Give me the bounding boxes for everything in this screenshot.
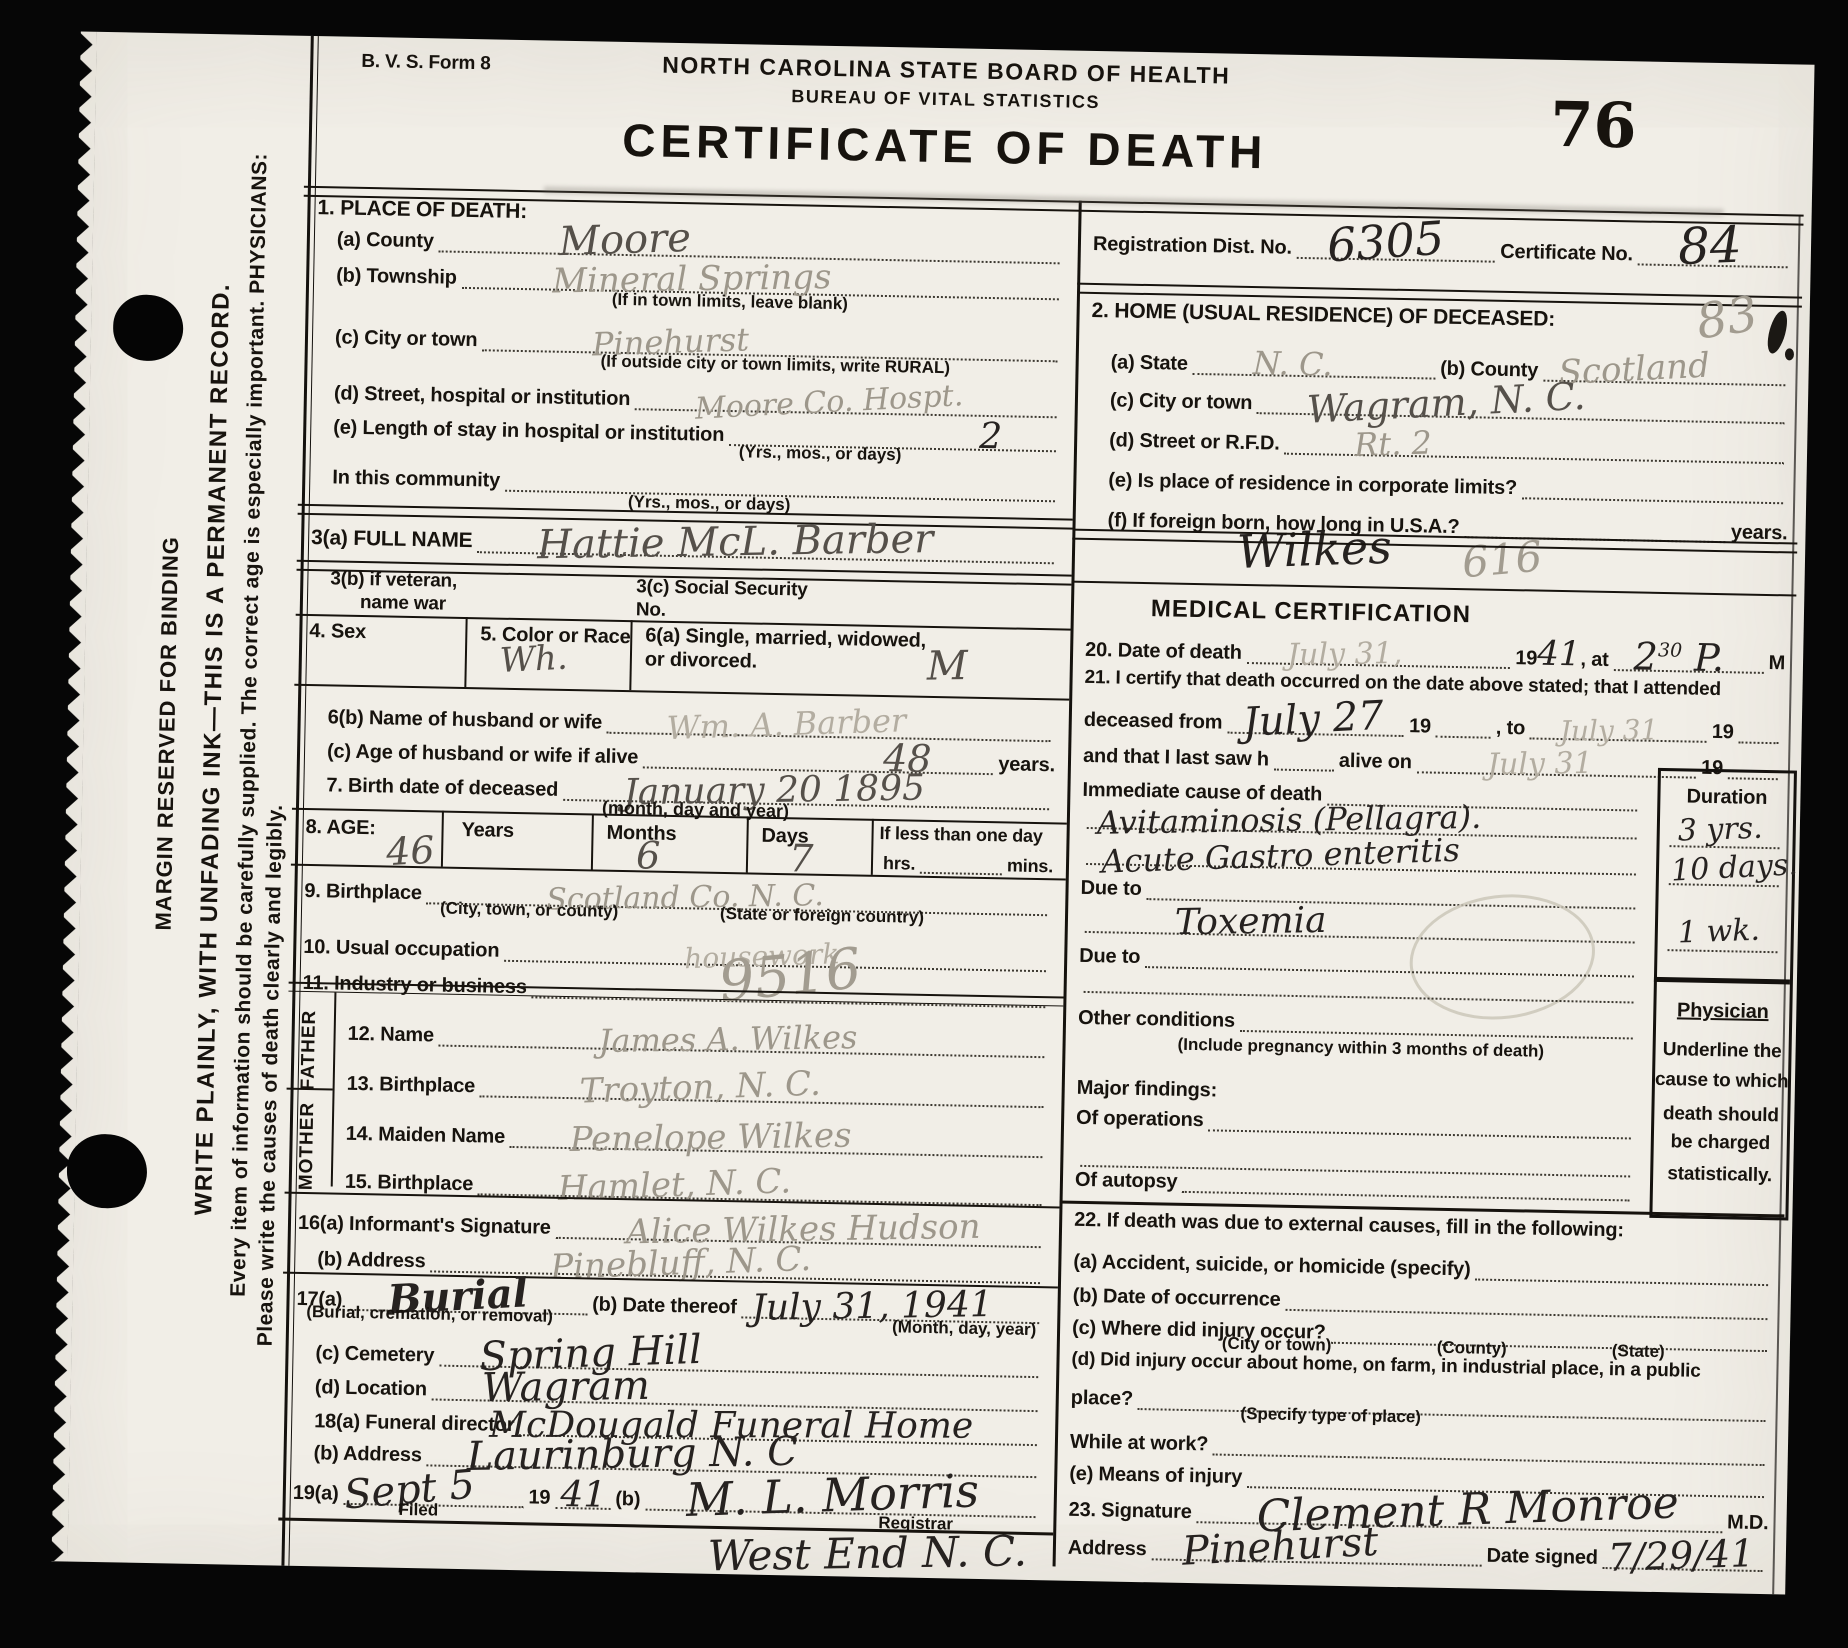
marital-label-2: or divorced. bbox=[645, 648, 757, 673]
operations-label: Of operations bbox=[1076, 1106, 1204, 1131]
street-label: (d) Street, hospital or institution bbox=[334, 382, 631, 410]
home-pencil-number: 83 bbox=[1694, 293, 1761, 345]
alive-on-faint: July 31 bbox=[1487, 750, 1593, 779]
ssn-label-2: No. bbox=[636, 599, 666, 621]
date-signed-value: 7/29/41 bbox=[1607, 1536, 1755, 1575]
scan-background: { "colors": {"background":"#060606","pap… bbox=[0, 0, 1848, 1648]
external-e-label: (e) Means of injury bbox=[1069, 1462, 1242, 1488]
physician-note-4: be charged bbox=[1654, 1131, 1787, 1155]
sex-label: 4. Sex bbox=[309, 620, 366, 643]
certifier-signature-row: 23. Signature Clement R Monroe M.D. bbox=[1068, 1489, 1768, 1534]
sex-race-divider bbox=[464, 617, 467, 687]
home-state-line: N. C. bbox=[1193, 369, 1436, 380]
community-label: In this community bbox=[332, 466, 500, 492]
physician-note-1: Underline the bbox=[1655, 1039, 1788, 1063]
veteran-label-2: name war bbox=[360, 592, 446, 615]
home-street-value: Rt. 2 bbox=[1354, 429, 1433, 460]
father-birthplace-label: 13. Birthplace bbox=[346, 1072, 475, 1097]
home-street-label: (d) Street or R.F.D. bbox=[1109, 429, 1280, 455]
certifier-address-line: Pinehurst bbox=[1151, 1554, 1481, 1566]
burial-type-note: (Burial, cremation, or removal) bbox=[306, 1302, 553, 1327]
occupation-label: 10. Usual occupation bbox=[303, 936, 499, 962]
age-months-value: 6 bbox=[636, 838, 661, 873]
registration-dist-line: 6305 bbox=[1297, 253, 1496, 263]
father-birthplace-row: 13. Birthplace Troyton, N. C. bbox=[346, 1063, 1048, 1108]
age-less-label: If less than one day bbox=[879, 823, 1042, 846]
death-date-faint: July 31, bbox=[1287, 640, 1403, 669]
home-state-label: (a) State bbox=[1110, 351, 1188, 375]
attended-year19b-line bbox=[1738, 737, 1778, 744]
age-hrs-line bbox=[920, 868, 1002, 876]
home-street-line: Rt. 2 bbox=[1284, 449, 1784, 465]
race-value: Wh. bbox=[499, 643, 568, 677]
operations-row: Of operations bbox=[1076, 1097, 1637, 1140]
certificate-form: B. V. S. Form 8 NORTH CAROLINA STATE BOA… bbox=[277, 36, 1806, 1595]
alive-on-label: alive on bbox=[1339, 749, 1412, 773]
death-time-m-label: M bbox=[1768, 652, 1785, 675]
age-divider-2 bbox=[591, 813, 594, 869]
director-address-value: Laurinburg N. C bbox=[467, 1434, 799, 1475]
page-title: CERTIFICATE OF DEATH bbox=[444, 111, 1445, 182]
certify-line: 21. I certify that death occurred on the… bbox=[1084, 667, 1721, 700]
death-date-line: July 31, bbox=[1247, 658, 1511, 669]
death-date-year-value: 41 bbox=[1537, 639, 1581, 670]
home-street-row: (d) Street or R.F.D. Rt. 2 bbox=[1109, 419, 1789, 464]
certificate-paper: MARGIN RESERVED FOR BINDING WRITE PLAINL… bbox=[51, 31, 1814, 1594]
certificate-no-line: 84 bbox=[1638, 259, 1788, 268]
registration-dist-value: 6305 bbox=[1326, 217, 1446, 266]
home-city-value: Wagram, N. C. bbox=[1307, 379, 1587, 427]
other-conditions-label: Other conditions bbox=[1078, 1006, 1235, 1031]
external-c-line bbox=[1330, 1338, 1767, 1352]
informant-address-label: (b) Address bbox=[317, 1248, 426, 1272]
burial-date-note: (Month, day, year) bbox=[892, 1317, 1037, 1340]
attended-year19a-line bbox=[1436, 732, 1491, 739]
last-saw-gap-line bbox=[1274, 765, 1334, 772]
duration-line-3 bbox=[1667, 947, 1777, 953]
external-d-label-2: place? bbox=[1071, 1386, 1134, 1410]
due1-value: Toxemia bbox=[1175, 905, 1327, 940]
last-saw-label: and that I last saw h bbox=[1083, 744, 1269, 770]
father-name-line: James A. Wilkes bbox=[439, 1041, 1045, 1059]
death-time-value: 230 P. bbox=[1633, 639, 1724, 675]
director-address-label: (b) Address bbox=[313, 1442, 422, 1466]
margin-note-binding: MARGIN RESERVED FOR BINDING bbox=[151, 536, 185, 931]
location-label: (d) Location bbox=[315, 1376, 427, 1401]
birthplace-note-1: (City, town, or county) bbox=[440, 899, 619, 922]
physician-note-2: cause to which bbox=[1655, 1069, 1788, 1093]
spouse-label: 6(b) Name of husband or wife bbox=[328, 706, 603, 734]
home-state-value: N. C. bbox=[1253, 349, 1333, 379]
certificate-no-label: Certificate No. bbox=[1500, 240, 1633, 265]
death-time-ampm: P. bbox=[1694, 635, 1725, 680]
autopsy-line bbox=[1182, 1187, 1630, 1202]
full-name-label: 3(a) FULL NAME bbox=[311, 526, 473, 553]
spouse-age-label: (c) Age of husband or wife if alive bbox=[327, 740, 639, 768]
registrar-line: M. L. Morris bbox=[645, 1505, 1036, 1518]
stay-note: (Yrs., mos., or days) bbox=[739, 442, 902, 465]
home-city-label: (c) City or town bbox=[1110, 389, 1253, 414]
burial-date-label: (b) Date thereof bbox=[592, 1293, 737, 1318]
marital-value: M bbox=[927, 648, 969, 685]
birth-date-label: 7. Birth date of deceased bbox=[326, 774, 558, 801]
registrar-place: West End N. C. bbox=[707, 1532, 1027, 1575]
marital-label-1: 6(a) Single, married, widowed, bbox=[645, 624, 926, 652]
death-time-hour: 2 bbox=[1633, 634, 1658, 678]
filed-year-value: 41 bbox=[560, 1479, 606, 1512]
certificate-no-value: 84 bbox=[1677, 223, 1742, 270]
home-corporate-line bbox=[1522, 493, 1783, 504]
punch-hole-top bbox=[113, 294, 184, 361]
header-block: NORTH CAROLINA STATE BOARD OF HEALTH BUR… bbox=[444, 49, 1446, 183]
age-years-value: 46 bbox=[385, 833, 435, 870]
home-corporate-row: (e) Is place of residence in corporate l… bbox=[1108, 459, 1788, 504]
attended-year19b: 19 bbox=[1712, 721, 1734, 744]
mother-side-label: MOTHER bbox=[296, 1102, 320, 1191]
birthplace-note-2: (State or foreign country) bbox=[720, 904, 924, 928]
attended-year19a: 19 bbox=[1409, 715, 1431, 738]
attended-to-label: , to bbox=[1496, 716, 1526, 739]
stay-value: 2 bbox=[979, 420, 1003, 453]
external-title: 22. If death was due to external causes,… bbox=[1074, 1209, 1624, 1242]
age-years-label: Years bbox=[461, 819, 514, 842]
attended-from-label: deceased from bbox=[1084, 708, 1223, 733]
punch-hole-bottom bbox=[66, 1133, 147, 1209]
date-signed-line: 7/29/41 bbox=[1603, 1563, 1763, 1572]
external-work-label: While at work? bbox=[1070, 1430, 1209, 1455]
certifier-address-row: Address Pinehurst Date signed 7/29/41 bbox=[1068, 1527, 1768, 1572]
duration-physician-divider bbox=[1654, 977, 1790, 985]
mother-maiden-value: Penelope Wilkes bbox=[570, 1121, 852, 1156]
margin-note-permanent: WRITE PLAINLY, WITH UNFADING INK—THIS IS… bbox=[190, 283, 236, 1216]
father-name-label: 12. Name bbox=[347, 1022, 434, 1046]
age-mins-label: mins. bbox=[1007, 855, 1053, 876]
attended-to-line: July 31 bbox=[1530, 733, 1707, 742]
physician-note-3: death should bbox=[1654, 1103, 1787, 1127]
birthplace-label: 9. Birthplace bbox=[304, 880, 422, 905]
age-label: 8. AGE: bbox=[305, 816, 376, 840]
age-hrs-label: hrs. bbox=[883, 853, 916, 874]
mother-maiden-row: 14. Maiden Name Penelope Wilkes bbox=[346, 1113, 1048, 1158]
township-note: (If in town limits, leave blank) bbox=[612, 290, 848, 315]
torn-edge bbox=[49, 31, 96, 1561]
spouse-age-years-label: years. bbox=[998, 753, 1055, 776]
external-d-line bbox=[1138, 1404, 1766, 1422]
certifier-address-value: Pinehurst bbox=[1181, 1524, 1379, 1570]
informant-signature-label: 16(a) Informant's Signature bbox=[298, 1211, 551, 1238]
mother-birthplace-label: 15. Birthplace bbox=[345, 1170, 474, 1195]
mother-maiden-line: Penelope Wilkes bbox=[510, 1142, 1043, 1158]
due1-label: Due to bbox=[1080, 876, 1141, 900]
death-date-at-label: , at bbox=[1580, 648, 1609, 671]
registration-dist-label: Registration Dist. No. bbox=[1093, 233, 1292, 259]
township-label: (b) Township bbox=[336, 264, 457, 289]
external-d-label-1: (d) Did injury occur about home, on farm… bbox=[1071, 1349, 1700, 1382]
certifier-address-label: Address bbox=[1068, 1536, 1147, 1560]
filed-b-label: (b) bbox=[615, 1488, 640, 1511]
age-divider-1 bbox=[441, 811, 444, 867]
city-label: (c) City or town bbox=[335, 326, 478, 351]
duration-2: 10 days. bbox=[1670, 851, 1798, 884]
duration-box: Duration 3 yrs. 10 days. 1 wk. Physician… bbox=[1649, 768, 1797, 1221]
filed-year-line: 41 bbox=[555, 1503, 610, 1510]
age-divider-3 bbox=[746, 816, 749, 872]
duration-label: Duration bbox=[1660, 785, 1793, 810]
home-corporate-label: (e) Is place of residence in corporate l… bbox=[1108, 469, 1517, 499]
surname-bottom-rule bbox=[1071, 581, 1796, 597]
other-conditions-note: (Include pregnancy within 3 months of de… bbox=[1177, 1035, 1544, 1062]
home-city-line: Wagram, N. C. bbox=[1257, 408, 1785, 424]
father-name-row: 12. Name James A. Wilkes bbox=[347, 1013, 1049, 1058]
form-left-border bbox=[281, 36, 313, 1566]
mother-maiden-label: 14. Maiden Name bbox=[346, 1122, 506, 1147]
age-divider-4 bbox=[871, 819, 874, 875]
father-birthplace-value: Troyton, N. C. bbox=[580, 1069, 822, 1108]
filed-label: 19(a) bbox=[293, 1481, 339, 1504]
location-value: Wagram bbox=[482, 1368, 651, 1407]
age-days-value: 7 bbox=[789, 841, 814, 876]
death-time-minutes: 30 bbox=[1658, 639, 1683, 661]
certifier-signature-label: 23. Signature bbox=[1068, 1498, 1191, 1523]
death-date-row: 20. Date of death July 31, 19 41 , at 23… bbox=[1085, 629, 1785, 674]
race-marital-divider bbox=[629, 620, 632, 690]
filed-note: Filed bbox=[398, 1500, 438, 1521]
filed-year-prefix: 19 bbox=[528, 1486, 550, 1509]
autopsy-label: Of autopsy bbox=[1075, 1168, 1178, 1192]
duration-3: 1 wk. bbox=[1677, 917, 1760, 947]
physician-note-5: statistically. bbox=[1653, 1163, 1786, 1187]
attended-to-faint: July 31 bbox=[1560, 717, 1659, 744]
death-date-label: 20. Date of death bbox=[1085, 639, 1242, 664]
age-hrs-mins-row: hrs. mins. bbox=[883, 847, 1053, 876]
father-birthplace-line: Troyton, N. C. bbox=[480, 1091, 1044, 1108]
date-signed-label: Date signed bbox=[1486, 1544, 1598, 1569]
death-time-line: 230 P. bbox=[1613, 665, 1763, 674]
form-left-inner-border bbox=[288, 36, 318, 1566]
physician-label: Physician bbox=[1656, 999, 1789, 1024]
page-number: 76 bbox=[1550, 88, 1638, 163]
veteran-label-1: 3(b) if veteran, bbox=[330, 568, 457, 592]
cemetery-label: (c) Cemetery bbox=[315, 1342, 434, 1367]
stay-label: (e) Length of stay in hospital or instit… bbox=[333, 416, 724, 446]
ssn-label-1: 3(c) Social Security bbox=[636, 576, 808, 601]
full-name-given: Hattie McL. Barber bbox=[537, 521, 934, 563]
attended-from-line: July 27 bbox=[1227, 728, 1404, 737]
registration-row: Registration Dist. No. 6305 Certificate … bbox=[1093, 223, 1793, 268]
full-name-line: Hattie McL. Barber bbox=[477, 547, 1054, 564]
home-title: 2. HOME (USUAL RESIDENCE) OF DECEASED: bbox=[1091, 299, 1555, 331]
death-date-year-prefix: 19 bbox=[1515, 647, 1537, 670]
father-name-value: James A. Wilkes bbox=[599, 1023, 858, 1056]
father-side-label: FATHER bbox=[298, 1010, 322, 1091]
duration-1: 3 yrs. bbox=[1677, 815, 1763, 845]
county-label: (a) County bbox=[337, 228, 434, 252]
attended-from-value: July 27 bbox=[1242, 698, 1384, 741]
medical-title: MEDICAL CERTIFICATION bbox=[1096, 595, 1526, 630]
county-value: Moore bbox=[558, 220, 691, 260]
